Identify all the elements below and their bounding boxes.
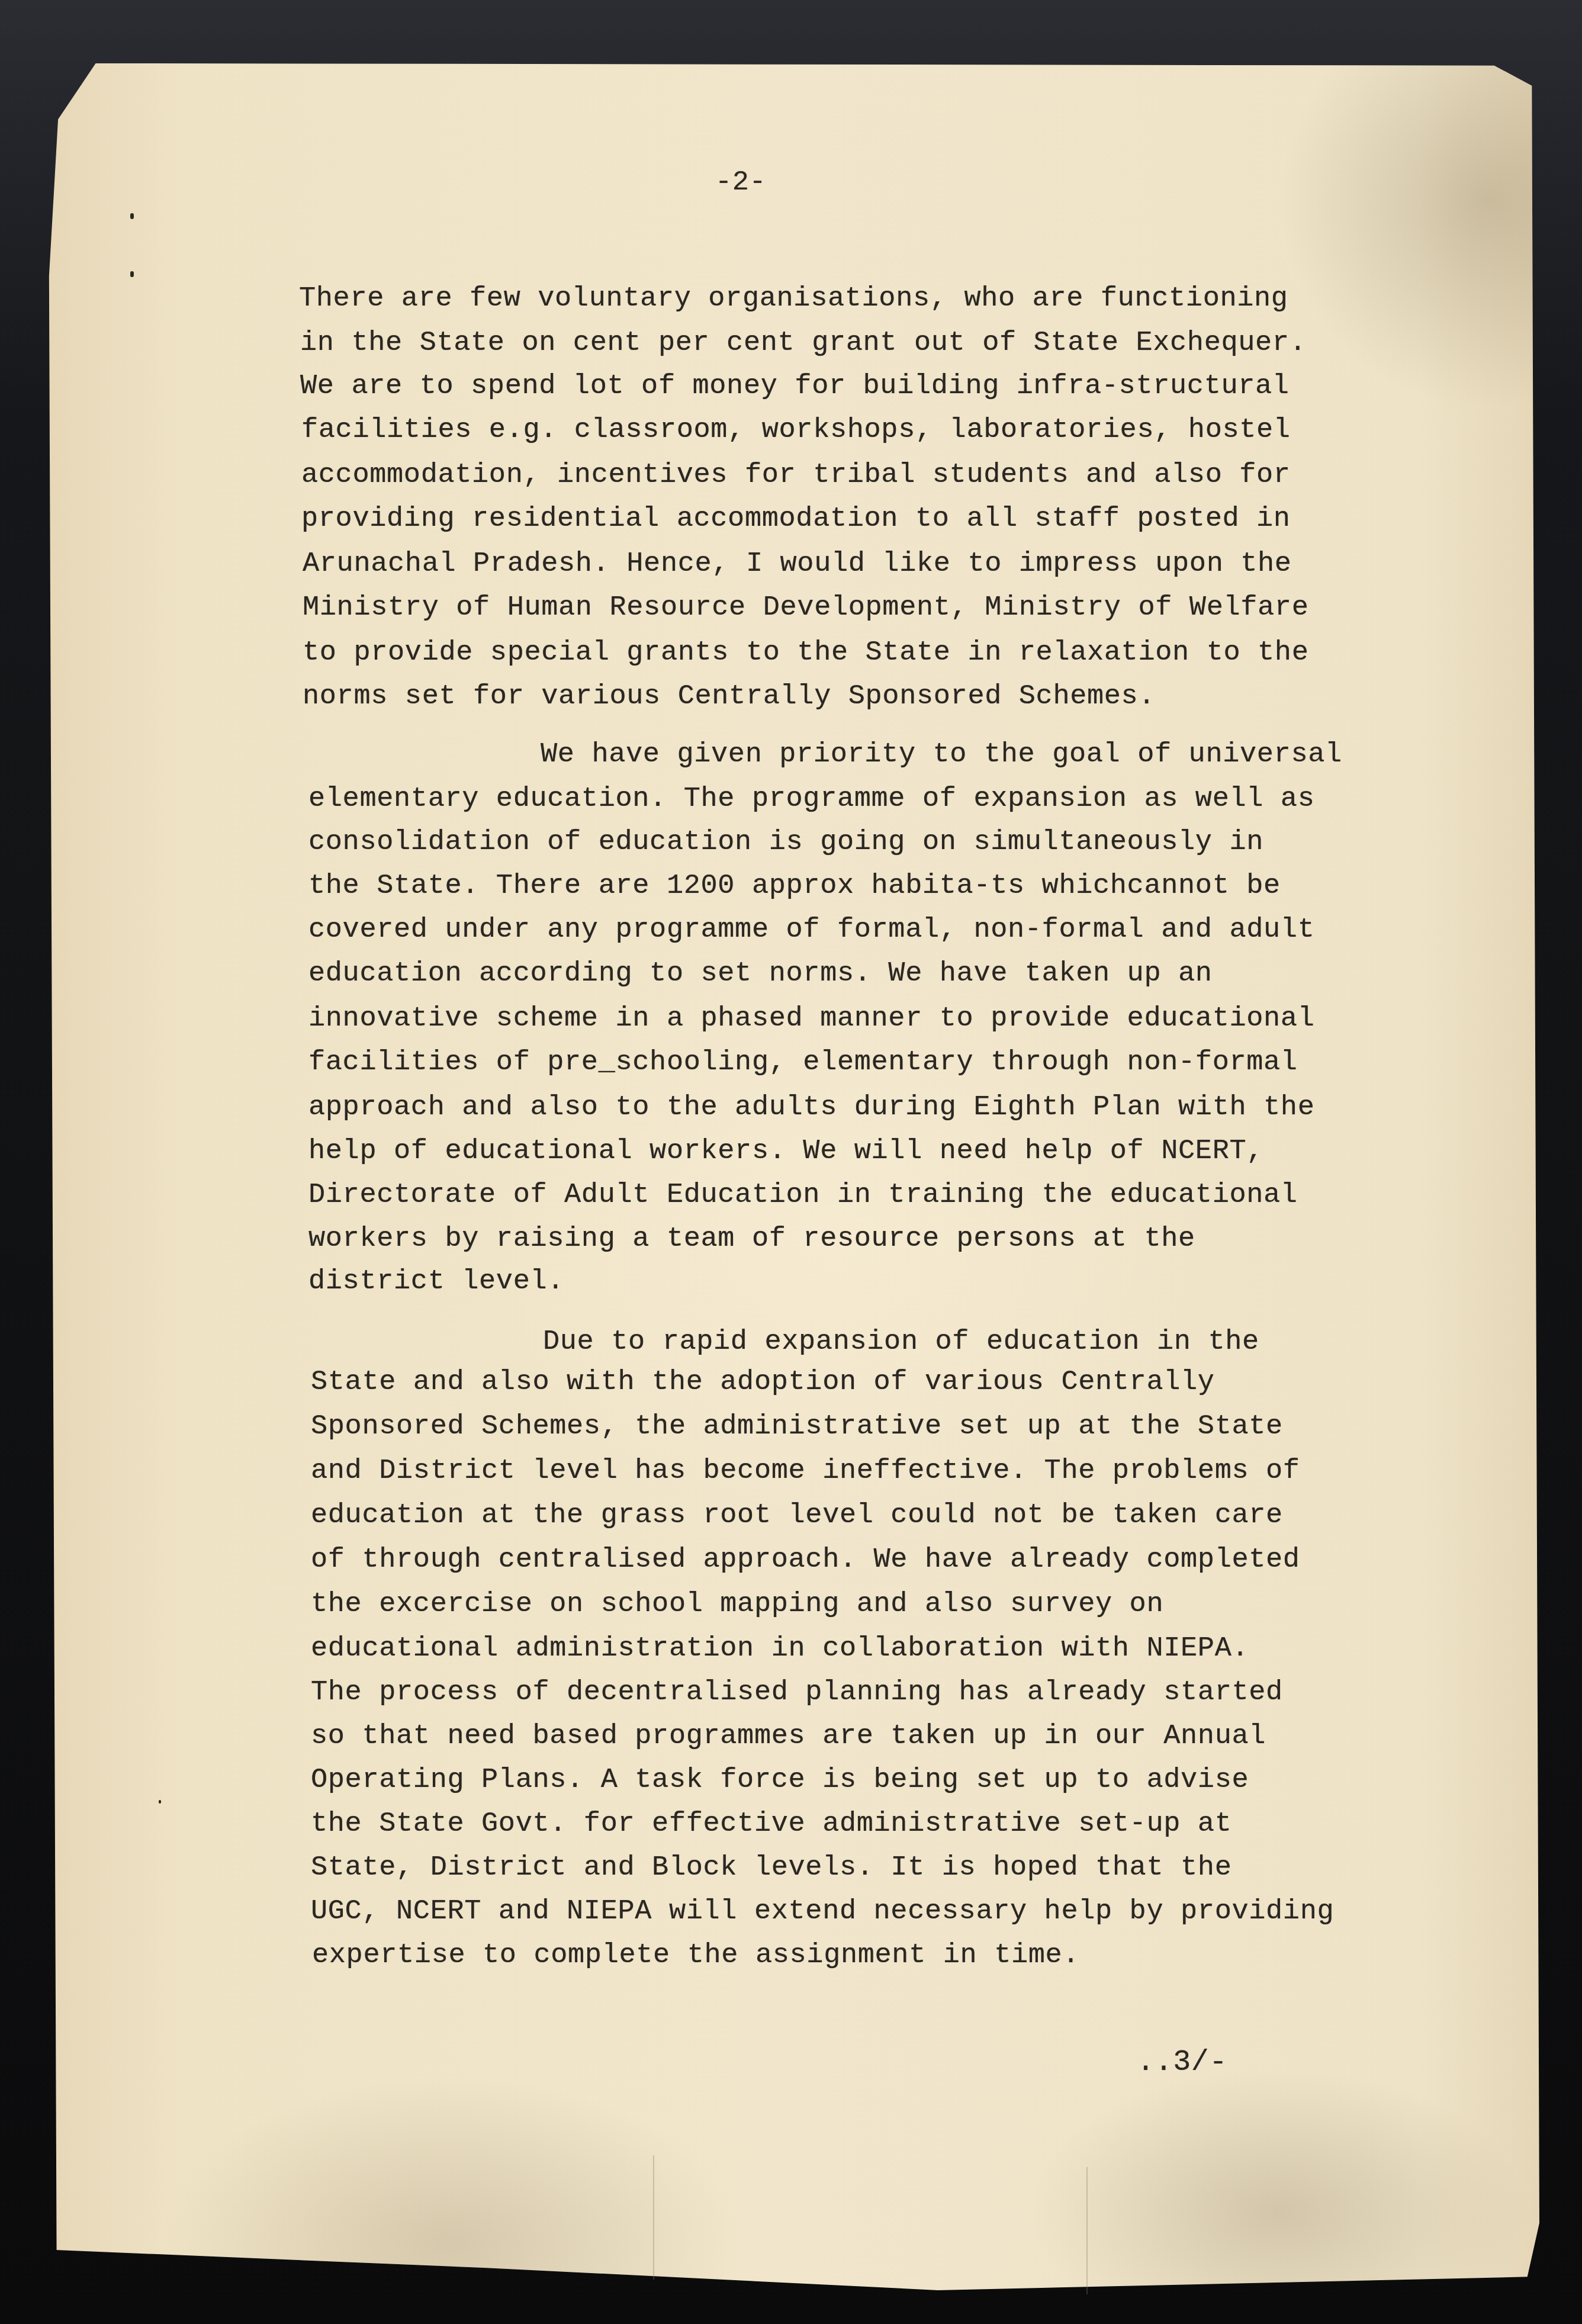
text-line: workers by raising a team of resource pe…: [308, 1223, 1195, 1255]
text-line: the State Govt. for effective administra…: [311, 1808, 1231, 1840]
text-line: educational administration in collaborat…: [311, 1633, 1249, 1664]
text-line: Sponsored Schemes, the administrative se…: [311, 1411, 1283, 1442]
text-line: providing residential accommodation to a…: [301, 503, 1291, 535]
paper-crease: [653, 2155, 654, 2280]
text-line: consolidation of education is going on s…: [308, 827, 1263, 858]
text-line: The process of decentralised planning ha…: [311, 1677, 1283, 1708]
text-line: the excercise on school mapping and also…: [311, 1589, 1163, 1620]
text-line: innovative scheme in a phased manner to …: [308, 1003, 1314, 1034]
text-line: so that need based programmes are taken …: [311, 1721, 1266, 1752]
text-line: State and also with the adoption of vari…: [311, 1367, 1215, 1398]
text-line: and District level has become ineffectiv…: [311, 1455, 1300, 1487]
text-line: State, District and Block levels. It is …: [311, 1852, 1231, 1883]
text-line: elementary education. The programme of e…: [308, 783, 1314, 815]
text-line: facilities e.g. classroom, workshops, la…: [301, 414, 1291, 446]
text-line: Ministry of Human Resource Development, …: [303, 592, 1308, 623]
text-line: facilities of pre_schooling, elementary …: [308, 1047, 1298, 1078]
text-line: education according to set norms. We hav…: [308, 958, 1213, 989]
text-line: district level.: [308, 1266, 564, 1297]
text-line: approach and also to the adults during E…: [308, 1092, 1314, 1123]
text-line: Due to rapid expansion of education in t…: [543, 1326, 1259, 1358]
text-line: help of educational workers. We will nee…: [308, 1136, 1263, 1167]
text-line: norms set for various Centrally Sponsore…: [303, 681, 1155, 712]
text-line: UGC, NCERT and NIEPA will extend necessa…: [311, 1896, 1334, 1927]
text-line: in the State on cent per cent grant out …: [300, 327, 1306, 359]
text-line: education at the grass root level could …: [311, 1500, 1283, 1531]
text-line: Arunachal Pradesh. Hence, I would like t…: [303, 548, 1292, 580]
margin-mark: [159, 1800, 161, 1804]
text-line: Directorate of Adult Education in traini…: [308, 1179, 1298, 1211]
text-line: of through centralised approach. We have…: [311, 1544, 1300, 1576]
margin-mark: [130, 271, 134, 277]
text-line: accommodation, incentives for tribal stu…: [301, 459, 1291, 491]
text-line: covered under any programme of formal, n…: [308, 914, 1314, 946]
margin-mark: [130, 213, 134, 219]
page-number: -2-: [715, 167, 766, 198]
text-line: the State. There are 1200 approx habita-…: [308, 870, 1281, 902]
text-line: Operating Plans. A task force is being s…: [311, 1764, 1249, 1796]
continuation-marker: ..3/-: [1137, 2046, 1227, 2079]
text-line: We have given priority to the goal of un…: [541, 739, 1342, 770]
paper-crease: [1086, 2167, 1088, 2294]
text-line: expertise to complete the assignment in …: [312, 1940, 1079, 1971]
text-line: We are to spend lot of money for buildin…: [300, 371, 1290, 402]
text-line: to provide special grants to the State i…: [303, 637, 1308, 668]
text-line: There are few voluntary organisations, w…: [299, 283, 1288, 314]
